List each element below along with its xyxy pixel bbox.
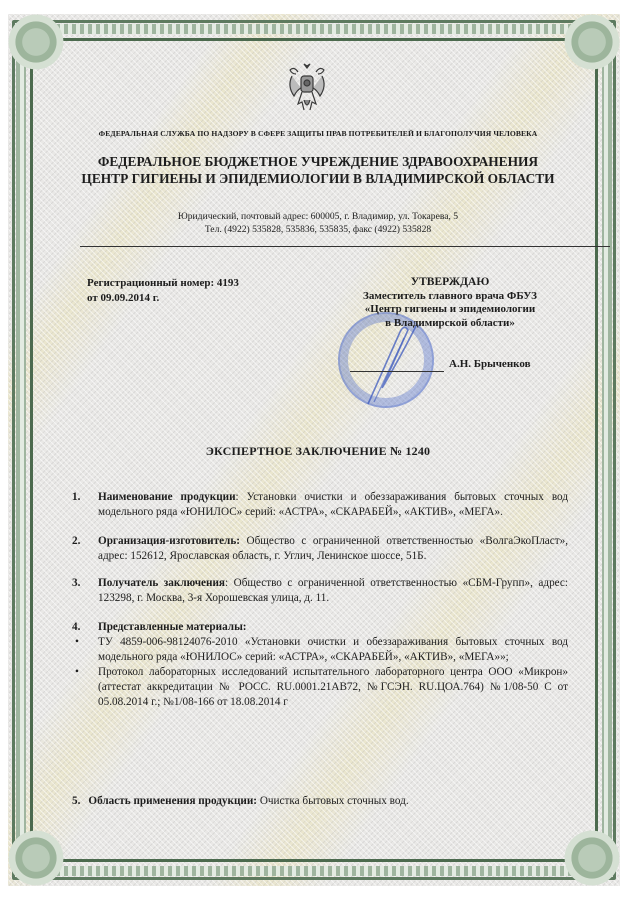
item-product-name: 1. Наименование продукции: Установки очи… [72, 490, 568, 520]
agency-name: ФЕДЕРАЛЬНАЯ СЛУЖБА ПО НАДЗОРУ В СФЕРЕ ЗА… [0, 129, 636, 138]
approval-position: Заместитель главного врача ФБУЗ [330, 290, 570, 304]
organization-title: ФЕДЕРАЛЬНОЕ БЮДЖЕТНОЕ УЧРЕЖДЕНИЕ ЗДРАВОО… [0, 153, 636, 187]
item-number: 1. [72, 490, 80, 505]
organization-address: Юридический, почтовый адрес: 600005, г. … [0, 210, 636, 236]
item-label: Представленные материалы: [98, 621, 247, 633]
registration-number: Регистрационный номер: 4193 [87, 276, 239, 291]
signature-line [350, 371, 444, 372]
bullet-icon: • [75, 635, 79, 650]
item-materials: 4. Представленные материалы: [72, 620, 568, 635]
document-content: ФЕДЕРАЛЬНАЯ СЛУЖБА ПО НАДЗОРУ В СФЕРЕ ЗА… [0, 0, 636, 900]
item-manufacturer: 2. Организация-изготовитель: Общество с … [72, 534, 568, 564]
registration-date: от 09.09.2014 г. [87, 291, 239, 306]
conclusion-items: 1. Наименование продукции: Установки очи… [72, 490, 568, 710]
item-label: Получатель заключения [98, 577, 225, 589]
item-number: 3. [72, 576, 80, 591]
phone-line: Тел. (4922) 535828, 535836, 535835, факс… [0, 223, 636, 236]
item-number: 4. [72, 620, 80, 635]
item-recipient: 3. Получатель заключения: Общество с огр… [72, 576, 568, 606]
item-separator: : [236, 491, 247, 503]
item-label: Организация-изготовитель: [98, 535, 240, 547]
material-text: Протокол лабораторных исследований испыт… [98, 666, 568, 708]
header-divider [80, 246, 610, 247]
item-number: 2. [72, 534, 80, 549]
item-separator: : [225, 577, 234, 589]
item-label: Область применения продукции: [88, 795, 257, 807]
approval-block: УТВЕРЖДАЮ Заместитель главного врача ФБУ… [330, 276, 570, 330]
materials-list-item: • Протокол лабораторных исследований исп… [72, 665, 568, 710]
address-line: Юридический, почтовый адрес: 600005, г. … [0, 210, 636, 223]
approval-org-line-2: в Владимирской области» [330, 317, 570, 331]
item-text: Очистка бытовых сточных вод. [260, 795, 409, 807]
signature-icon [360, 318, 420, 408]
item-application-area: 5.Область применения продукции: Очистка … [72, 795, 568, 807]
organization-title-line-2: ЦЕНТР ГИГИЕНЫ И ЭПИДЕМИОЛОГИИ В ВЛАДИМИР… [0, 170, 636, 187]
item-label: Наименование продукции [98, 491, 236, 503]
document-title: ЭКСПЕРТНОЕ ЗАКЛЮЧЕНИЕ № 1240 [0, 444, 636, 459]
materials-list: • ТУ 4859-006-98124076-2010 «Установки о… [72, 635, 568, 710]
organization-title-line-1: ФЕДЕРАЛЬНОЕ БЮДЖЕТНОЕ УЧРЕЖДЕНИЕ ЗДРАВОО… [0, 153, 636, 170]
approval-org-line-1: «Центр гигиены и эпидемиологии [330, 303, 570, 317]
signer-name: А.Н. Брыченков [449, 358, 531, 370]
materials-list-item: • ТУ 4859-006-98124076-2010 «Установки о… [72, 635, 568, 665]
approval-heading: УТВЕРЖДАЮ [330, 276, 570, 290]
registration-block: Регистрационный номер: 4193 от 09.09.201… [87, 276, 239, 306]
material-text: ТУ 4859-006-98124076-2010 «Установки очи… [98, 636, 568, 663]
item-number: 5. [72, 795, 88, 807]
double-headed-eagle-emblem-icon [286, 62, 328, 118]
bullet-icon: • [75, 665, 79, 680]
